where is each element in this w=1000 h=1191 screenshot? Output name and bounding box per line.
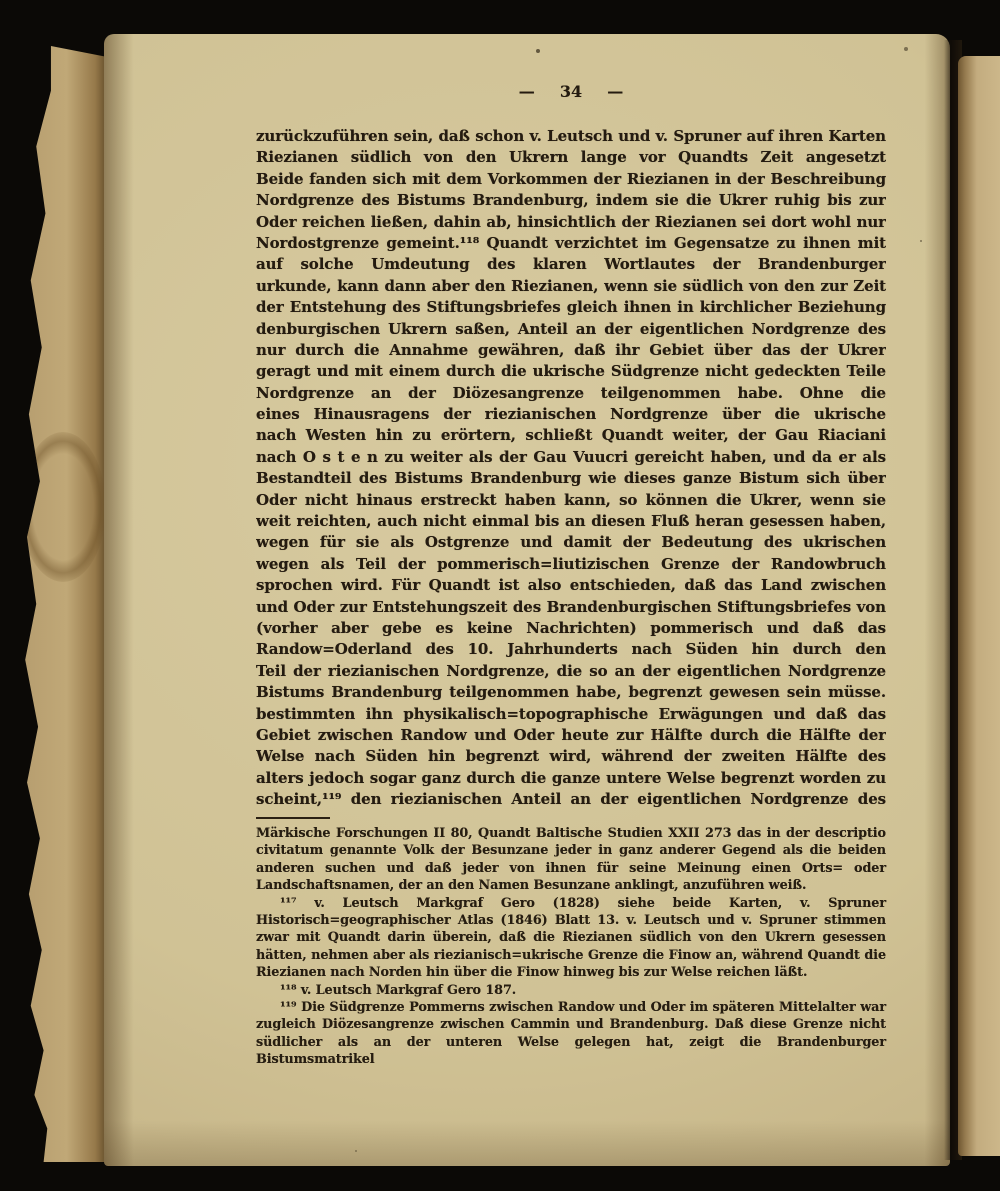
body-line: Teil der riezianischen Nordgrenze, die s… xyxy=(256,661,886,682)
body-line: Oder reichen ließen, dahin ab, hinsichtl… xyxy=(256,212,886,233)
body-line: wegen für sie als Ostgrenze und damit de… xyxy=(256,532,886,553)
body-line: nach Westen hin zu erörtern, schließt Qu… xyxy=(256,425,886,446)
next-page-edge xyxy=(958,56,1000,1156)
body-line: Bistums Brandenburg teilgenommen habe, b… xyxy=(256,682,886,703)
body-line: Nordostgrenze gemeint.¹¹⁸ Quandt verzich… xyxy=(256,233,886,254)
water-stain xyxy=(20,432,106,582)
body-text: zurückzuführen sein, daß schon v. Leutsc… xyxy=(256,126,886,811)
footnote: ¹¹⁷ v. Leutsch Markgraf Gero (1828) sieh… xyxy=(256,895,886,982)
body-line: wegen als Teil der pommerisch=liutizisch… xyxy=(256,554,886,575)
book-page: — 34 — zurückzuführen sein, daß schon v.… xyxy=(104,34,950,1166)
body-line: weit reichten, auch nicht einmal bis an … xyxy=(256,511,886,532)
torn-page-stub xyxy=(16,46,108,1162)
body-line: Nordgrenze an der Diözesangrenze teilgen… xyxy=(256,383,886,404)
body-line: geragt und mit einem durch die ukrische … xyxy=(256,361,886,382)
body-line: nur durch die Annahme gewähren, daß ihr … xyxy=(256,340,886,361)
footnote: Märkische Forschungen II 80, Quandt Balt… xyxy=(256,825,886,895)
paper-specks xyxy=(104,34,106,36)
body-line: Bestandteil des Bistums Brandenburg wie … xyxy=(256,468,886,489)
body-line: denburgischen Ukrern saßen, Anteil an de… xyxy=(256,319,886,340)
body-line: und Oder zur Entstehungszeit des Branden… xyxy=(256,597,886,618)
body-line: der Entstehung des Stiftungsbriefes glei… xyxy=(256,297,886,318)
body-line: Randow=Oderland des 10. Jahrhunderts nac… xyxy=(256,639,886,660)
page-number: — 34 — xyxy=(256,82,886,101)
footnote: ¹¹⁸ v. Leutsch Markgraf Gero 187. xyxy=(256,982,886,999)
body-line: alters jedoch sogar ganz durch die ganze… xyxy=(256,768,886,789)
body-line: Gebiet zwischen Randow und Oder heute zu… xyxy=(256,725,886,746)
body-line: Beide fanden sich mit dem Vorkommen der … xyxy=(256,169,886,190)
body-line: urkunde, kann dann aber den Riezianen, w… xyxy=(256,276,886,297)
body-line: nach O s t e n zu weiter als der Gau Vuu… xyxy=(256,447,886,468)
body-line: zurückzuführen sein, daß schon v. Leutsc… xyxy=(256,126,886,147)
footnote-separator xyxy=(256,817,330,819)
body-line: Riezianen südlich von den Ukrern lange v… xyxy=(256,147,886,168)
body-line: bestimmten ihn physikalisch=topographisc… xyxy=(256,704,886,725)
body-line: Welse nach Süden hin begrenzt wird, währ… xyxy=(256,746,886,767)
footnotes: Märkische Forschungen II 80, Quandt Balt… xyxy=(256,825,886,1069)
body-line: sprochen wird. Für Quandt ist also entsc… xyxy=(256,575,886,596)
body-line: Oder nicht hinaus erstreckt haben kann, … xyxy=(256,490,886,511)
body-line: scheint,¹¹⁹ den riezianischen Anteil an … xyxy=(256,789,886,810)
body-line: (vorher aber gebe es keine Nachrichten) … xyxy=(256,618,886,639)
footnote: ¹¹⁹ Die Südgrenze Pommerns zwischen Rand… xyxy=(256,999,886,1069)
body-line: eines Hinausragens der riezianischen Nor… xyxy=(256,404,886,425)
scan-background: — 34 — zurückzuführen sein, daß schon v.… xyxy=(0,0,1000,1191)
body-line: Nordgrenze des Bistums Brandenburg, inde… xyxy=(256,190,886,211)
body-line: auf solche Umdeutung des klaren Wortlaut… xyxy=(256,254,886,275)
